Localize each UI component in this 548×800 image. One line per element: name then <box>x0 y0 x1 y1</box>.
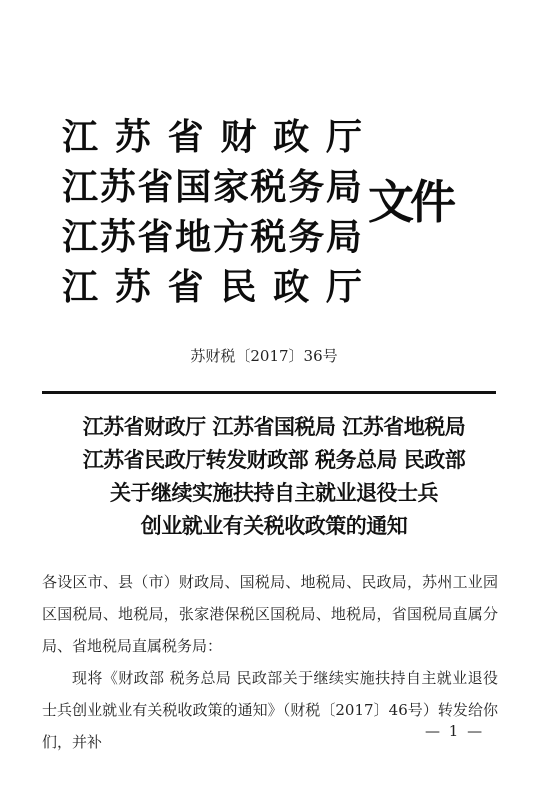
issuer-char: 省 <box>137 212 173 262</box>
issuer-char: 务 <box>288 212 324 262</box>
issuer-char: 省 <box>168 112 204 162</box>
issuer-char: 江 <box>62 262 98 312</box>
issuer-civil-affairs-dept: 江 苏 省 民 政 厅 <box>62 262 362 312</box>
body-paragraph: 现将《财政部 税务总局 民政部关于继续实施扶持自主就业退役士兵创业就业有关税收政… <box>42 662 498 758</box>
issuer-char: 江 <box>62 212 98 262</box>
issuer-char: 江 <box>62 162 98 212</box>
issuer-char: 务 <box>288 162 324 212</box>
issuer-char: 苏 <box>115 112 151 162</box>
issuer-char: 地 <box>175 212 211 262</box>
issuer-char: 方 <box>213 212 249 262</box>
issuer-char: 税 <box>251 162 287 212</box>
issuer-char: 苏 <box>100 162 136 212</box>
document-title: 江苏省财政厅 江苏省国税局 江苏省地税局 江苏省民政厅转发财政部 税务总局 民政… <box>0 410 548 542</box>
document-number-text: 苏财税〔2017〕36号 <box>190 347 337 365</box>
issuer-char: 税 <box>251 212 287 262</box>
issuer-char: 省 <box>168 262 204 312</box>
issuer-block: 江 苏 省 财 政 厅 江 苏 省 国 家 税 务 局 江 苏 省 地 方 税 … <box>62 112 362 312</box>
issuer-char: 局 <box>326 162 362 212</box>
issuer-finance-dept: 江 苏 省 财 政 厅 <box>62 112 362 162</box>
issuer-char: 财 <box>220 112 256 162</box>
document-number: 苏财税〔2017〕36号 <box>0 345 548 366</box>
header-divider <box>42 391 496 394</box>
issuer-char: 家 <box>213 162 249 212</box>
issuer-char: 苏 <box>115 262 151 312</box>
document-type-label: 文件 <box>368 172 452 232</box>
issuer-char: 政 <box>273 262 309 312</box>
issuer-char: 厅 <box>326 262 362 312</box>
issuer-local-tax-bureau: 江 苏 省 地 方 税 务 局 <box>62 212 362 262</box>
title-line: 江苏省民政厅转发财政部 税务总局 民政部 <box>0 443 548 476</box>
issuer-char: 江 <box>62 112 98 162</box>
page-number: — 1 — <box>425 722 484 740</box>
issuer-national-tax-bureau: 江 苏 省 国 家 税 务 局 <box>62 162 362 212</box>
issuer-char: 政 <box>273 112 309 162</box>
issuer-char: 民 <box>220 262 256 312</box>
title-line: 创业就业有关税收政策的通知 <box>0 509 548 542</box>
issuer-char: 局 <box>326 212 362 262</box>
title-line: 关于继续实施扶持自主就业退役士兵 <box>0 476 548 509</box>
issuer-char: 苏 <box>100 212 136 262</box>
issuer-char: 国 <box>175 162 211 212</box>
addressees: 各设区市、县（市）财政局、国税局、地税局、民政局，苏州工业园区国税局、地税局，张… <box>42 566 498 662</box>
issuer-char: 省 <box>137 162 173 212</box>
title-line: 江苏省财政厅 江苏省国税局 江苏省地税局 <box>0 410 548 443</box>
issuer-char: 厅 <box>326 112 362 162</box>
